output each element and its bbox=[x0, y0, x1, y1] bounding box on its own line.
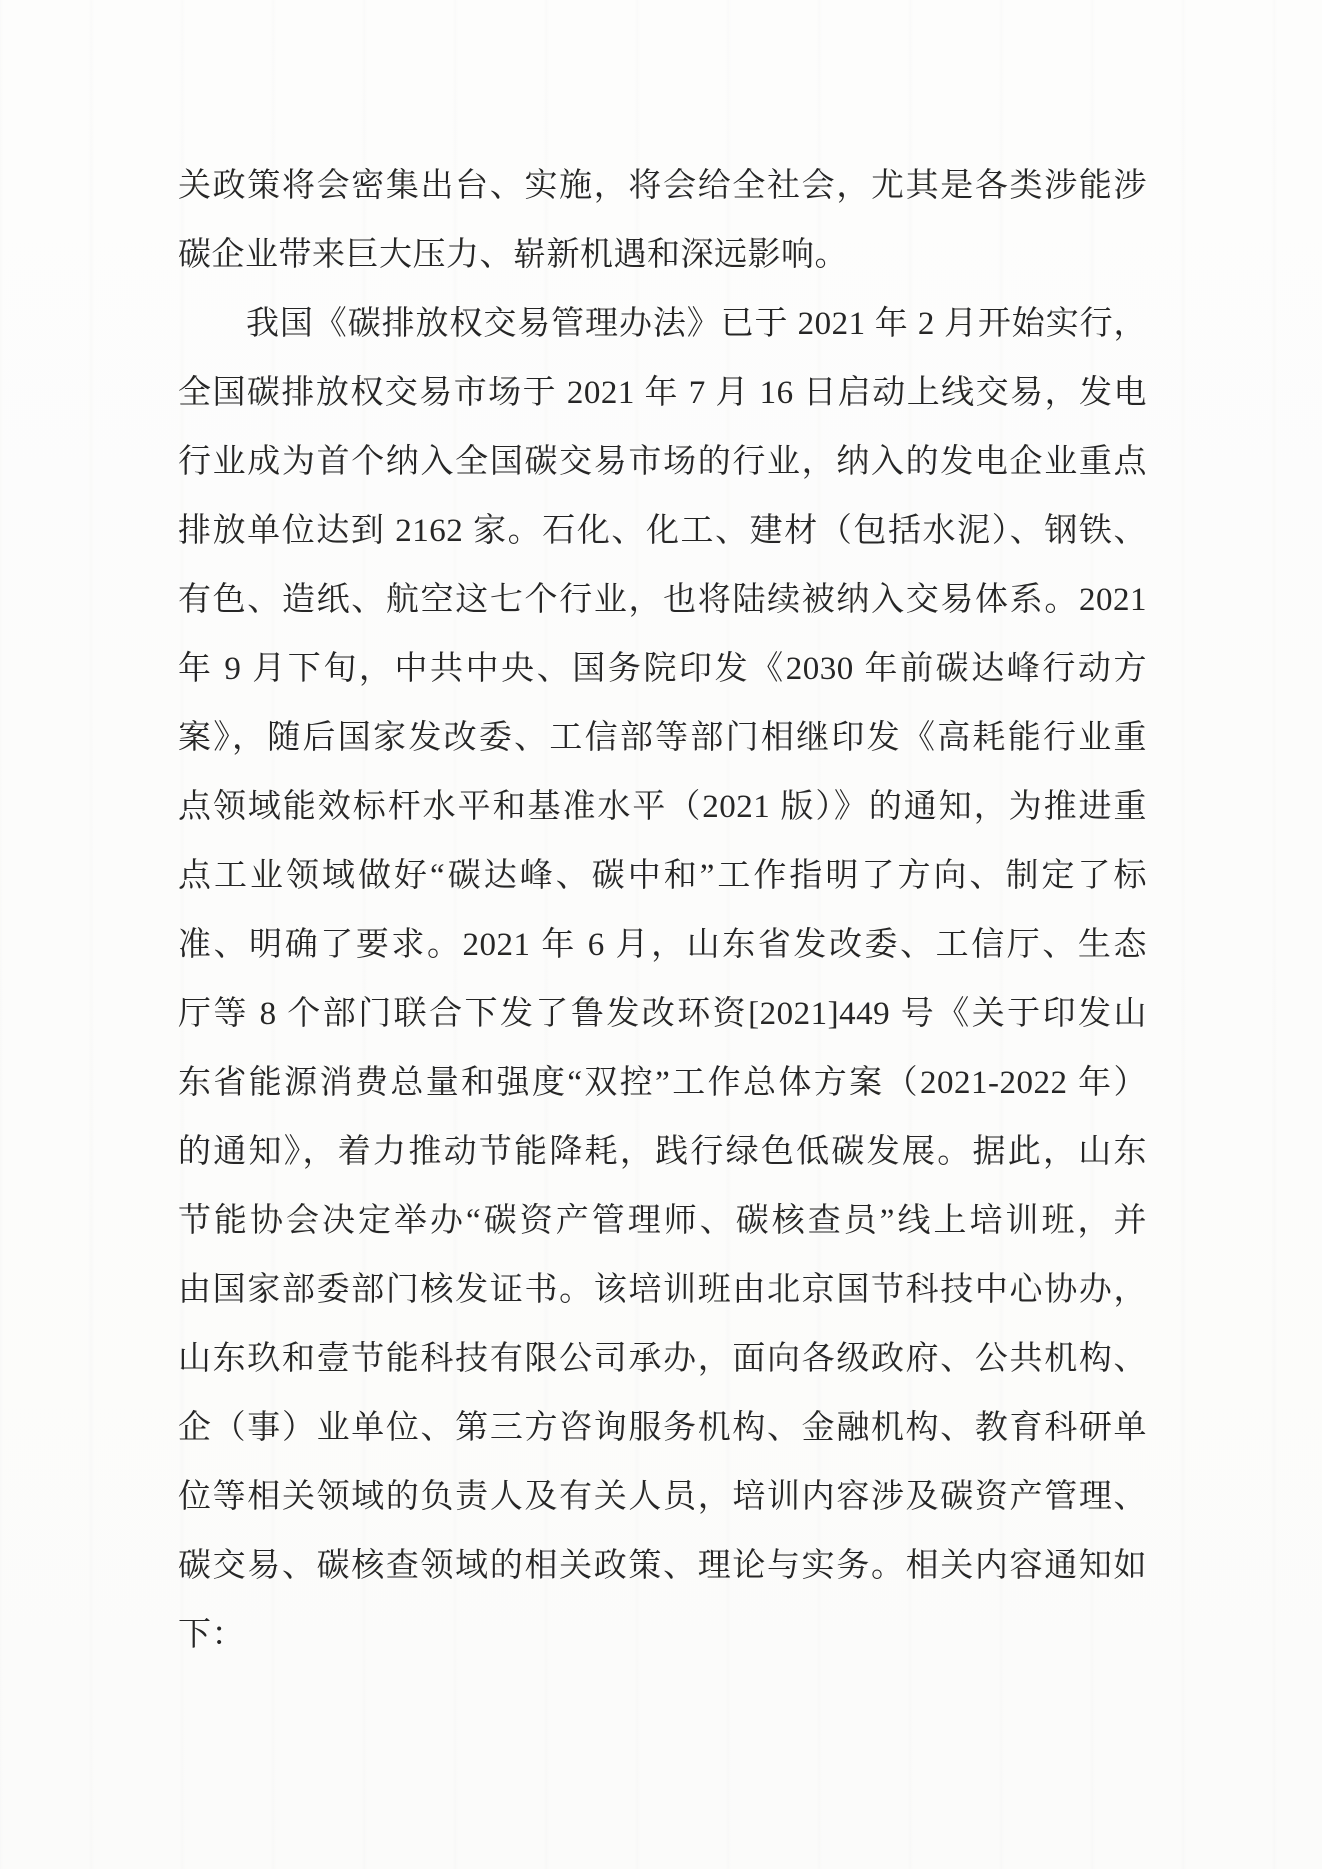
text-line: 有色、造纸、航空这七个行业，也将陆续被纳入交易体系。2021 bbox=[178, 566, 1147, 635]
text-line: 我国《碳排放权交易管理办法》已于 2021 年 2 月开始实行， bbox=[178, 290, 1147, 359]
text-line: 排放单位达到 2162 家。石化、化工、建材（包括水泥）、钢铁、 bbox=[178, 497, 1147, 566]
text-line: 的通知》，着力推动节能降耗，践行绿色低碳发展。据此，山东 bbox=[178, 1118, 1147, 1187]
text-line: 关政策将会密集出台、实施，将会给全社会，尤其是各类涉能涉 bbox=[178, 152, 1147, 221]
text-line: 厅等 8 个部门联合下发了鲁发改环资[2021]449 号《关于印发山 bbox=[178, 980, 1147, 1049]
text-line: 企（事）业单位、第三方咨询服务机构、金融机构、教育科研单 bbox=[178, 1394, 1147, 1463]
text-line: 全国碳排放权交易市场于 2021 年 7 月 16 日启动上线交易，发电 bbox=[178, 359, 1147, 428]
text-line: 准、明确了要求。2021 年 6 月，山东省发改委、工信厅、生态 bbox=[178, 911, 1147, 980]
text-line: 东省能源消费总量和强度“双控”工作总体方案（2021-2022 年） bbox=[178, 1049, 1147, 1118]
text-line: 行业成为首个纳入全国碳交易市场的行业，纳入的发电企业重点 bbox=[178, 428, 1147, 497]
text-line: 年 9 月下旬，中共中央、国务院印发《2030 年前碳达峰行动方 bbox=[178, 635, 1147, 704]
text-line: 点领域能效标杆水平和基准水平（2021 版）》的通知，为推进重 bbox=[178, 773, 1147, 842]
text-line: 案》，随后国家发改委、工信部等部门相继印发《高耗能行业重 bbox=[178, 704, 1147, 773]
text-line: 山东玖和壹节能科技有限公司承办，面向各级政府、公共机构、 bbox=[178, 1325, 1147, 1394]
document-page: 关政策将会密集出台、实施，将会给全社会，尤其是各类涉能涉碳企业带来巨大压力、崭新… bbox=[0, 0, 1322, 1869]
text-line: 位等相关领域的负责人及有关人员，培训内容涉及碳资产管理、 bbox=[178, 1463, 1147, 1532]
text-line: 下： bbox=[178, 1601, 1147, 1670]
text-line: 碳交易、碳核查领域的相关政策、理论与实务。相关内容通知如 bbox=[178, 1532, 1147, 1601]
text-line: 由国家部委部门核发证书。该培训班由北京国节科技中心协办， bbox=[178, 1256, 1147, 1325]
text-line: 碳企业带来巨大压力、崭新机遇和深远影响。 bbox=[178, 221, 1147, 290]
notice-body-text: 关政策将会密集出台、实施，将会给全社会，尤其是各类涉能涉碳企业带来巨大压力、崭新… bbox=[178, 152, 1147, 1670]
text-line: 节能协会决定举办“碳资产管理师、碳核查员”线上培训班，并 bbox=[178, 1187, 1147, 1256]
text-line: 点工业领域做好“碳达峰、碳中和”工作指明了方向、制定了标 bbox=[178, 842, 1147, 911]
